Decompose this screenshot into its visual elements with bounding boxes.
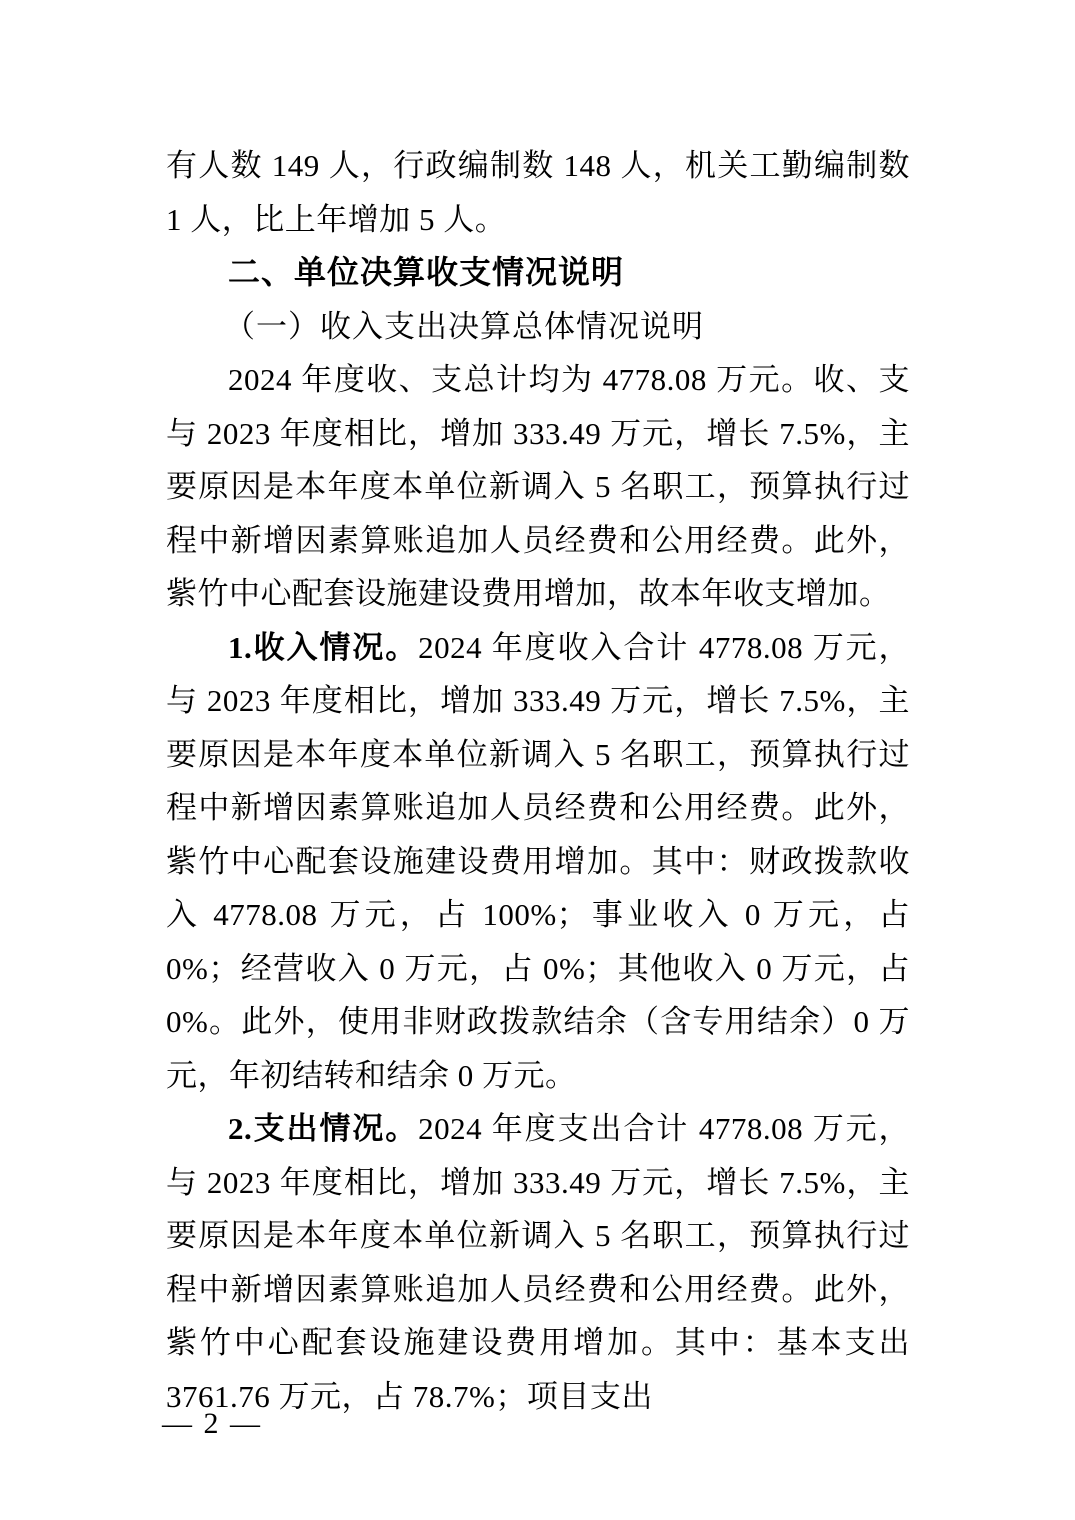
income-paragraph-text: 2024 年度收入合计 4778.08 万元，与 2023 年度相比，增加 33… — [166, 630, 910, 1093]
paragraph-overview: 2024 年度收、支总计均为 4778.08 万元。收、支与 2023 年度相比… — [166, 353, 910, 621]
paragraph-continuation: 有人数 149 人，行政编制数 148 人，机关工勤编制数 1 人，比上年增加 … — [166, 139, 910, 246]
income-paragraph-lead: 1.收入情况。 — [228, 630, 418, 665]
page-number: — 2 — — [162, 1407, 262, 1440]
expenditure-paragraph-text: 2024 年度支出合计 4778.08 万元，与 2023 年度相比，增加 33… — [166, 1111, 910, 1414]
paragraph-expenditure: 2.支出情况。2024 年度支出合计 4778.08 万元，与 2023 年度相… — [166, 1102, 910, 1423]
page-footer: — 2 — — [162, 1406, 262, 1442]
subsection-heading: （一）收入支出决算总体情况说明 — [166, 300, 910, 354]
expenditure-paragraph-lead: 2.支出情况。 — [228, 1111, 418, 1146]
section-heading: 二、单位决算收支情况说明 — [166, 246, 910, 300]
document-body: 有人数 149 人，行政编制数 148 人，机关工勤编制数 1 人，比上年增加 … — [166, 139, 910, 1423]
paragraph-income: 1.收入情况。2024 年度收入合计 4778.08 万元，与 2023 年度相… — [166, 621, 910, 1103]
document-page: 有人数 149 人，行政编制数 148 人，机关工勤编制数 1 人，比上年增加 … — [0, 0, 1075, 1520]
